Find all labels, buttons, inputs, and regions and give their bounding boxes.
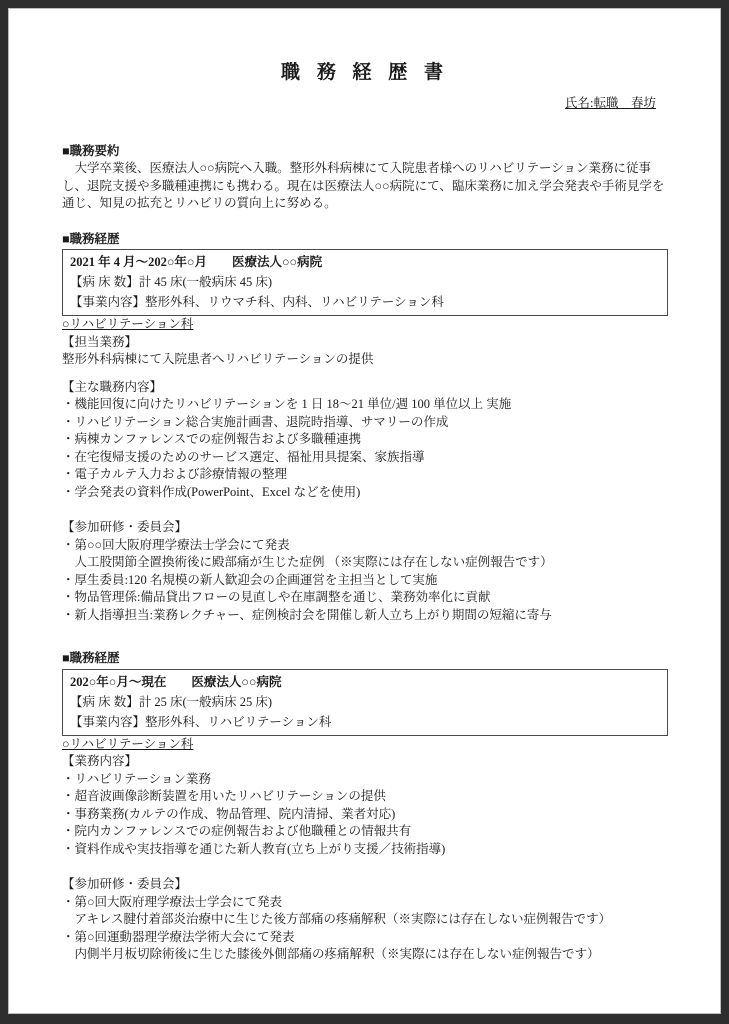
job1-heading: ■職務経歴: [62, 231, 668, 249]
job2-tasks-list: ・リハビリテーション業務 ・超音波画像診断装置を用いたリハビリテーションの提供 …: [62, 771, 668, 859]
spacer: [62, 213, 668, 231]
list-item: ・超音波画像診断装置を用いたリハビリテーションの提供: [62, 788, 668, 806]
job1-tasks-heading: 【主な職務内容】: [62, 379, 668, 397]
list-item: 内側半月板切除術後に生じた膝後外側部痛の疼痛解釈（※実際には存在しない症例報告で…: [62, 946, 668, 964]
job1-department: ○リハビリテーション科: [62, 316, 668, 334]
job1-period: 2021 年 4 月～202○年○月 医療法人○○病院: [70, 252, 660, 272]
spacer: [62, 501, 668, 519]
list-item: ・第○回運動器理学療法学術大会にて発表: [62, 929, 668, 947]
list-item: ・院内カンファレンスでの症例報告および他職種との情報共有: [62, 823, 668, 841]
list-item: ・機能回復に向けたリハビリテーションを 1 日 18～21 単位/週 100 単…: [62, 396, 668, 414]
resume-page: 職 務 経 歴 書 氏名:転職 春坊 ■職務要約 大学卒業後、医療法人○○病院へ…: [8, 8, 721, 1014]
list-item: ・電子カルテ入力および診療情報の整理: [62, 466, 668, 484]
job1-training-heading: 【参加研修・委員会】: [62, 519, 668, 537]
job1-duty-heading: 【担当業務】: [62, 334, 668, 352]
job1-training-list: ・第○○回大阪府理学療法士学会にて発表 人工股関節全置換術後に殿部痛が生じた症例…: [62, 537, 668, 625]
list-item: ・厚生委員:120 名規模の新人歓迎会の企画運営を主担当として実施: [62, 572, 668, 590]
list-item: ・病棟カンファレンスでの症例報告および多職種連携: [62, 431, 668, 449]
list-item: ・リハビリテーション総合実施計画書、退院時指導、サマリーの作成: [62, 414, 668, 432]
job2-period: 202○年○月～現在 医療法人○○病院: [70, 672, 660, 692]
job2-heading: ■職務経歴: [62, 650, 668, 668]
job2-services: 【事業内容】整形外科、リハビリテーション科: [70, 712, 660, 732]
job2-training-list: ・第○回大阪府理学療法士学会にて発表 アキレス腱付着部炎治療中に生じた後方部痛の…: [62, 894, 668, 964]
list-item: 人工股関節全置換術後に殿部痛が生じた症例 （※実際には存在しない症例報告です）: [62, 554, 668, 572]
document-title: 職 務 経 歴 書: [62, 61, 668, 85]
list-item: ・物品管理係:備品貸出フローの見直しや在庫調整を通じ、業務効率化に貢献: [62, 589, 668, 607]
list-item: ・新人指導担当:業務レクチャー、症例検討会を開催し新人立ち上がり期間の短縮に寄与: [62, 607, 668, 625]
job1-services: 【事業内容】整形外科、リウマチ科、内科、リハビリテーション科: [70, 292, 660, 312]
list-item: ・第○○回大阪府理学療法士学会にて発表: [62, 537, 668, 555]
job2-beds: 【病 床 数】計 25 床(一般病床 25 床): [70, 692, 660, 712]
summary-heading: ■職務要約: [62, 143, 668, 161]
list-item: ・学会発表の資料作成(PowerPoint、Excel などを使用): [62, 484, 668, 502]
summary-body: 大学卒業後、医療法人○○病院へ入職。整形外科病棟にて入院患者様へのリハビリテーシ…: [62, 160, 668, 213]
job2-department: ○リハビリテーション科: [62, 736, 668, 754]
list-item: ・在宅復帰支援のためのサービス選定、福祉用具提案、家族指導: [62, 449, 668, 467]
page-frame: 職 務 経 歴 書 氏名:転職 春坊 ■職務要約 大学卒業後、医療法人○○病院へ…: [0, 0, 729, 1024]
job2-training-heading: 【参加研修・委員会】: [62, 876, 668, 894]
applicant-name: 氏名:転職 春坊: [62, 95, 656, 113]
list-item: ・資料作成や実技指導を通じた新人教育(立ち上がり支援／技術指導): [62, 841, 668, 859]
list-item: ・第○回大阪府理学療法士学会にて発表: [62, 894, 668, 912]
list-item: アキレス腱付着部炎治療中に生じた後方部痛の疼痛解釈（※実際には存在しない症例報告…: [62, 911, 668, 929]
list-item: ・事務業務(カルテの作成、物品管理、院内清掃、業者対応): [62, 806, 668, 824]
spacer: [62, 858, 668, 876]
job1-employer-box: 2021 年 4 月～202○年○月 医療法人○○病院 【病 床 数】計 45 …: [62, 249, 668, 316]
job1-beds: 【病 床 数】計 45 床(一般病床 45 床): [70, 272, 660, 292]
spacer: [62, 369, 668, 379]
list-item: ・リハビリテーション業務: [62, 771, 668, 789]
job1-tasks-list: ・機能回復に向けたリハビリテーションを 1 日 18～21 単位/週 100 単…: [62, 396, 668, 501]
spacer: [62, 624, 668, 650]
job2-employer-box: 202○年○月～現在 医療法人○○病院 【病 床 数】計 25 床(一般病床 2…: [62, 669, 668, 736]
job2-tasks-heading: 【業務内容】: [62, 753, 668, 771]
job1-duty-body: 整形外科病棟にて入院患者へリハビリテーションの提供: [62, 351, 668, 369]
